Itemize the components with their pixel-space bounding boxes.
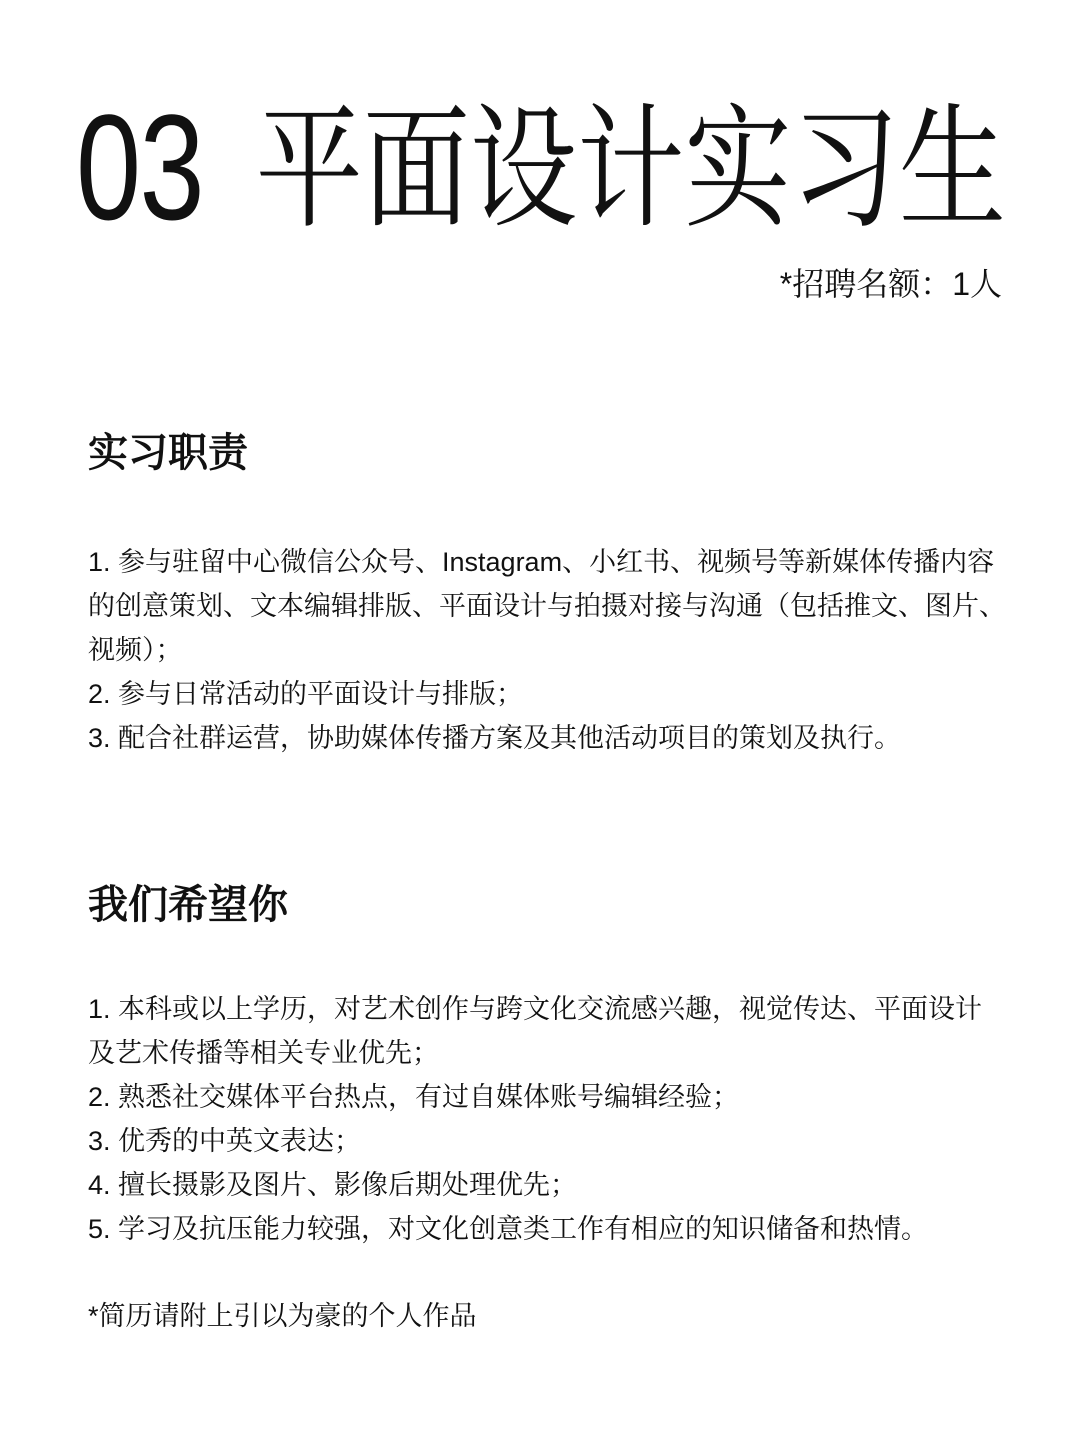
requirements-heading: 我们希望你: [88, 880, 288, 930]
list-item: 3. 优秀的中英文表达；: [88, 1119, 988, 1163]
list-item: 2. 熟悉社交媒体平台热点，有过自媒体账号编辑经验；: [88, 1075, 988, 1119]
page-title: 平面设计实习生: [256, 100, 1006, 240]
requirements-list: 1. 本科或以上学历，对艺术创作与跨文化交流感兴趣，视觉传达、平面设计及艺术传播…: [88, 987, 988, 1251]
list-item: 5. 学习及抗压能力较强，对文化创意类工作有相应的知识储备和热情。: [88, 1207, 988, 1251]
list-item: 3. 配合社群运营，协助媒体传播方案及其他活动项目的策划及执行。: [88, 716, 1008, 760]
list-item: 1. 本科或以上学历，对艺术创作与跨文化交流感兴趣，视觉传达、平面设计及艺术传播…: [88, 987, 988, 1075]
list-item: 4. 擅长摄影及图片、影像后期处理优先；: [88, 1163, 988, 1207]
responsibilities-heading: 实习职责: [88, 428, 248, 478]
hiring-quota: *招聘名额：1人: [780, 262, 1002, 306]
section-number: 03: [76, 92, 203, 242]
responsibilities-list: 1. 参与驻留中心微信公众号、Instagram、小红书、视频号等新媒体传播内容…: [88, 540, 1008, 760]
list-item: 1. 参与驻留中心微信公众号、Instagram、小红书、视频号等新媒体传播内容…: [88, 540, 1008, 672]
portfolio-note: *简历请附上引以为豪的个人作品: [88, 1294, 477, 1338]
list-item: 2. 参与日常活动的平面设计与排版；: [88, 672, 1008, 716]
